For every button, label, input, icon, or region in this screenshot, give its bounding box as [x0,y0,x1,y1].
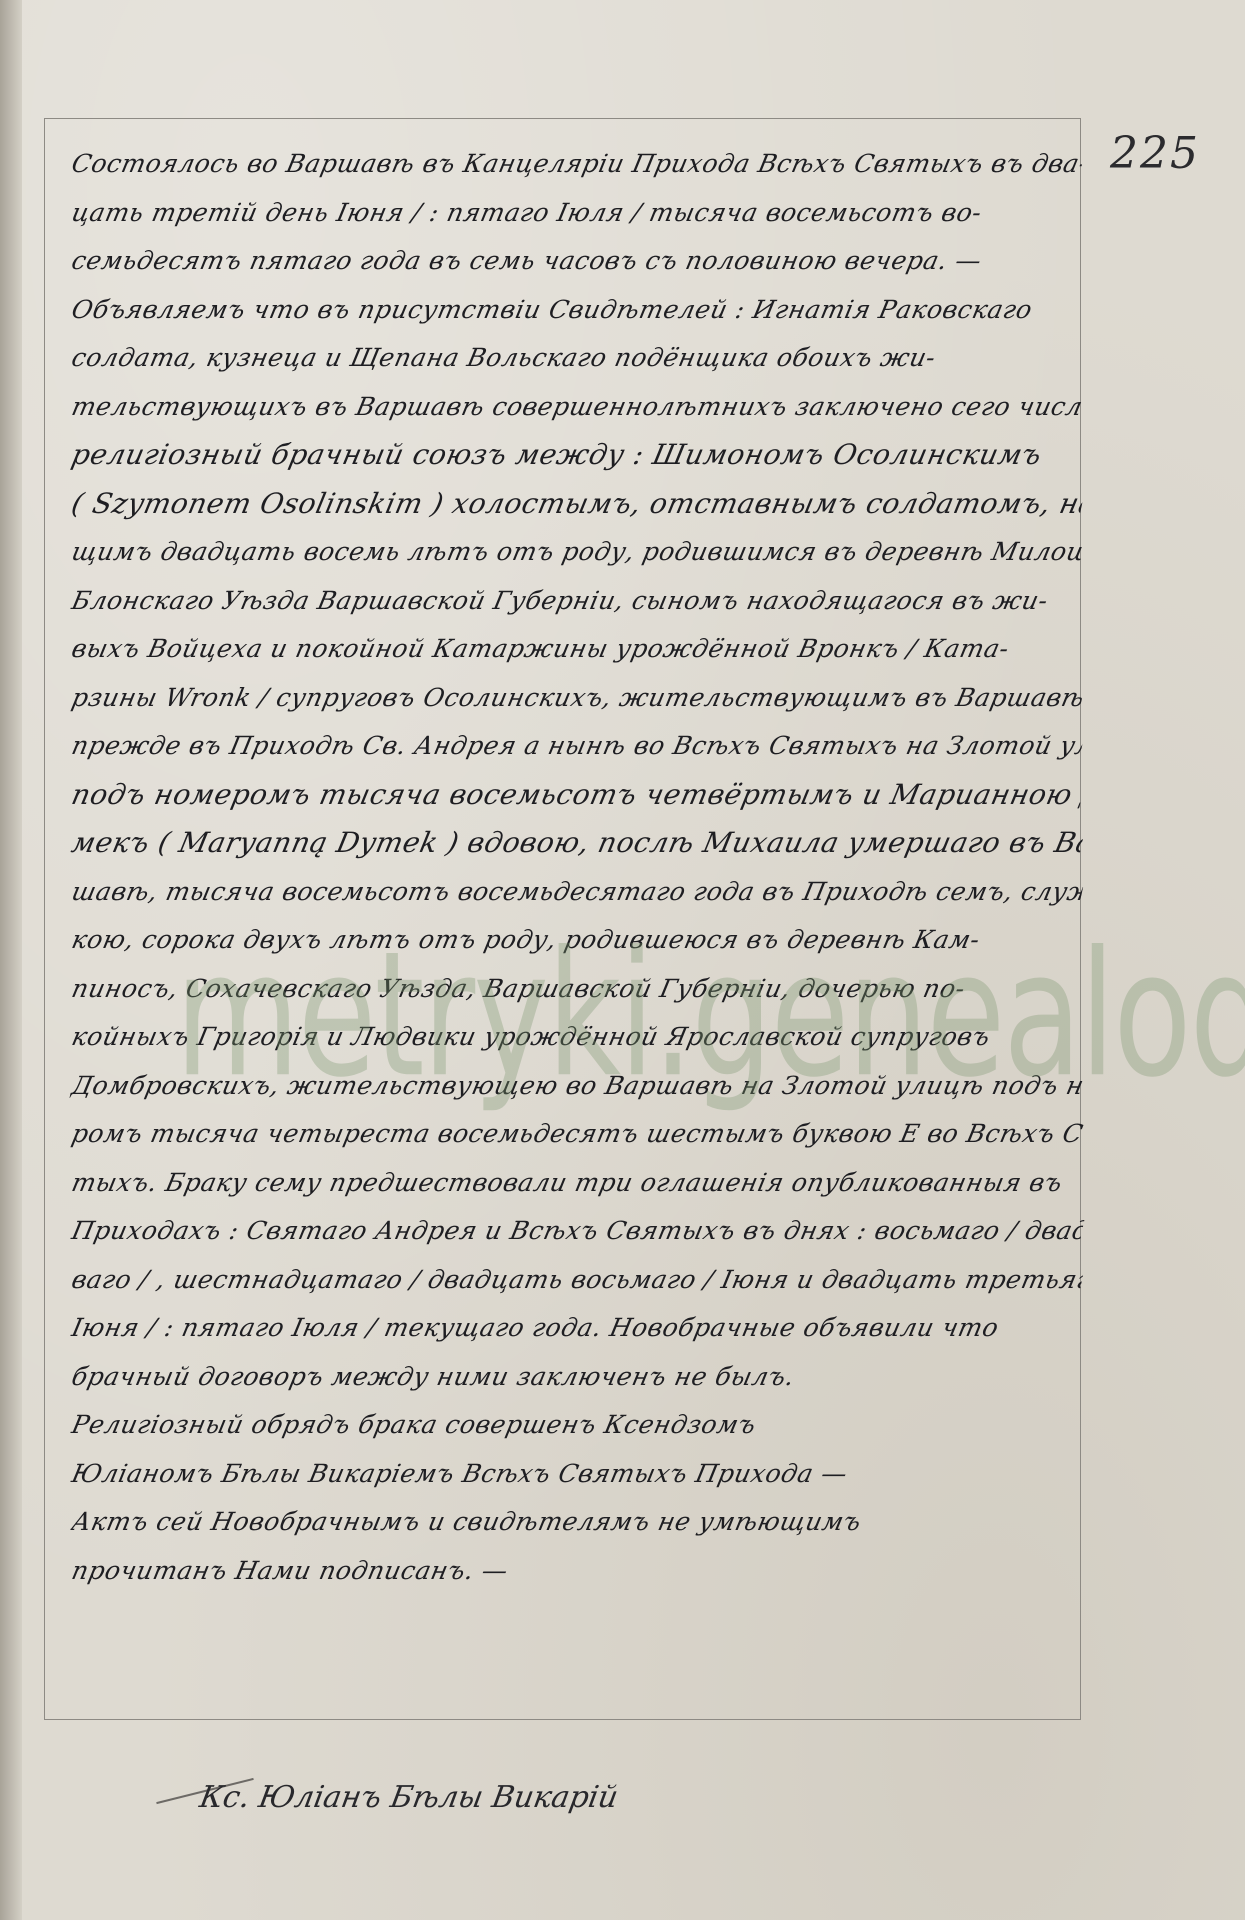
text-line: выхъ Войцеха и покойной Катаржины урождё… [67,625,1087,674]
page-number: 225 [1110,128,1200,179]
text-line: Блонскаго Уѣзда Варшавской Губернiи, сын… [67,577,1087,626]
text-line: шавѣ, тысяча восемьсотъ восемьдесятаго г… [67,868,1087,917]
text-line-groom-latin: ( Szymonem Osolinskim ) холостымъ, отста… [67,480,1087,529]
text-line: кою, сорока двухъ лѣтъ отъ роду, родивше… [67,916,1087,965]
text-line: тельствующихъ въ Варшавѣ совершеннолѣтни… [67,383,1087,432]
text-line: рзины Wronk / супруговъ Осолинскихъ, жит… [67,674,1087,723]
text-line-bride-latin: мекъ ( Maryanną Dymek ) вдовою, послѣ Ми… [67,819,1087,868]
text-line: Объявляемъ что въ присутствiи Свидѣтелей… [67,286,1087,335]
text-line: щимъ двадцать восемь лѣтъ отъ роду, роди… [67,528,1087,577]
text-line: прочитанъ Нами подписанъ. — [67,1547,1087,1596]
text-line: солдата, кузнеца и Щепана Вольскаго подё… [67,334,1087,383]
record-text: Состоялось во Варшавѣ въ Канцелярiи Прих… [72,140,1082,1595]
text-line: Религiозный обрядъ брака совершенъ Ксенд… [67,1401,1087,1450]
page-binding-edge [0,0,22,1920]
text-line: Юлiаномъ Бѣлы Викарiемъ Всѣхъ Святыхъ Пр… [67,1450,1087,1499]
text-line: семьдесятъ пятаго года въ семь часовъ съ… [67,237,1087,286]
text-line-groom-name: религiозный брачный союзъ между : Шимоно… [67,431,1087,480]
priest-signature: Кс. Юлiанъ Бѣлы Викарiй [197,1780,621,1815]
text-line: Приходахъ : Святаго Андрея и Всѣхъ Святы… [67,1207,1087,1256]
text-line: ромъ тысяча четыреста восемьдесятъ шесты… [67,1110,1087,1159]
text-line: Домбровскихъ, жительствующею во Варшавѣ … [67,1062,1087,1111]
text-line: брачный договоръ между ними заключенъ не… [67,1353,1087,1402]
text-line: цать третiй день Iюня / : пятаго Iюля / … [67,189,1087,238]
text-line: Состоялось во Варшавѣ въ Канцелярiи Прих… [67,140,1087,189]
text-line: тыхъ. Браку сему предшествовали три огла… [67,1159,1087,1208]
text-line: прежде въ Приходѣ Св. Андрея а нынѣ во В… [67,722,1087,771]
text-line: койныхъ Григорiя и Людвики урождённой Яр… [67,1013,1087,1062]
text-line: пиносъ, Сохачевскаго Уѣзда, Варшавской Г… [67,965,1087,1014]
text-line: Актъ сей Новобрачнымъ и свидѣтелямъ не у… [67,1498,1087,1547]
text-line-bride-name: подъ номеромъ тысяча восемьсотъ четвёрты… [67,771,1087,820]
text-line: ваго / , шестнадцатаго / двадцать восьма… [67,1256,1087,1305]
text-line: Iюня / : пятаго Iюля / текущаго года. Но… [67,1304,1087,1353]
